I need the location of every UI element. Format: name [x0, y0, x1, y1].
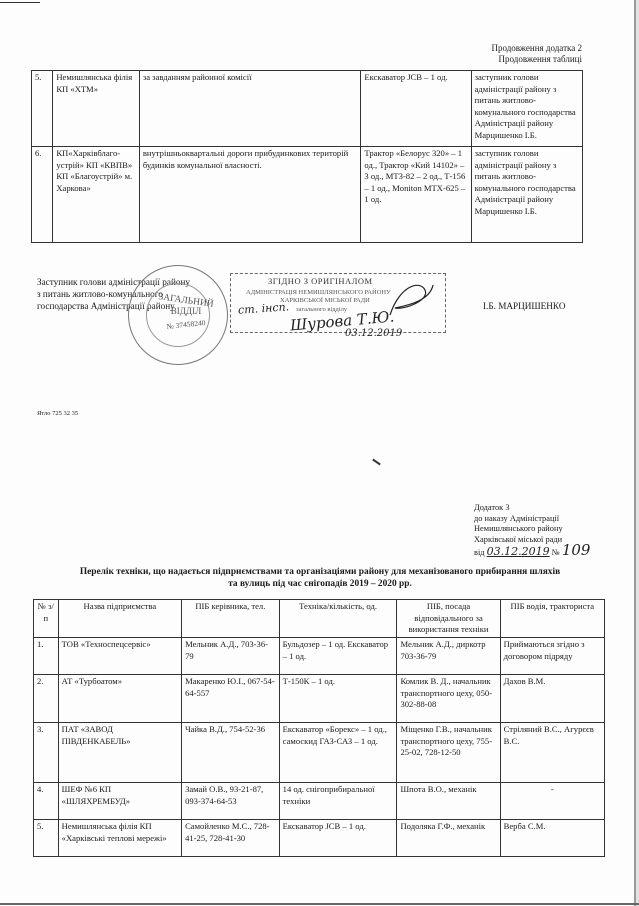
continuation-table: Продовження таблиці — [440, 54, 582, 65]
head-contact: Замай О.В., 93-21-87, 093-374-64-53 — [182, 783, 280, 820]
table-row: 5. Немишлянська філія КП «Харківські теп… — [34, 820, 605, 857]
col-header-head: ПІБ керівника, тел. — [182, 600, 280, 638]
driver: Дахов В.М. — [500, 675, 604, 723]
handwritten-date: 03.12.2019 — [345, 328, 402, 339]
driver: Стріляний В.С., Агурєєв В.С. — [500, 723, 604, 783]
responsible: Міщенко Г.В., начальник транспортного це… — [397, 723, 500, 783]
page-break-line — [0, 903, 639, 905]
table-header-row: № з/п Назва підприємства ПІБ керівника, … — [34, 600, 605, 638]
certified-copy-council: ХАРКІВСЬКОЇ МІСЬКОЇ РАДИ — [280, 297, 370, 304]
continuation-note: Продовження додатка 2 Продовження таблиц… — [440, 43, 582, 65]
continuation-table-body: 5. Немишлянська філія КП «ХТМ» за завдан… — [31, 70, 583, 243]
executor-note: Ятло 725 32 35 — [37, 410, 78, 417]
responsible: Подоляка Г.Ф., механік — [397, 820, 500, 857]
equipment: Т-150К – 1 од. — [279, 675, 397, 723]
continuation-annex: Продовження додатка 2 — [440, 43, 582, 54]
org-name: КП«Харківблаго-устрій» КП «КВПВ» КП «Бла… — [53, 147, 140, 243]
head-contact: Мельник А.Д., 703-36-79 — [182, 638, 280, 675]
annex-date-line: від 03.12.2019 № 109 — [474, 545, 624, 559]
col-header-driver: ПІБ водія, тракториста — [500, 600, 604, 638]
table-row: 4. ШЕФ №6 КП «ШЛЯХРЕМБУД» Замай О.В., 93… — [34, 783, 605, 820]
round-stamp-text: ЗАГАЛЬНИЙ ВІДДІЛ № 37458240 — [150, 296, 222, 329]
row-num: 6. — [32, 147, 53, 243]
equipment: Екскаватор «Борекс» – 1 од., самоскид ГА… — [279, 723, 397, 783]
scan-edge-line — [0, 2, 40, 3]
table-row: 1. ТОВ «Техноспецсервіс» Мельник А.Д., 7… — [34, 638, 605, 675]
annex-header: Додаток 3 до наказу Адміністрації Немишл… — [474, 503, 624, 559]
row-num: 1. — [34, 638, 59, 675]
org-name: Немишлянська філія КП «ХТМ» — [53, 71, 140, 147]
table-row: 3. ПАТ «ЗАВОД ПІВДЕНКАБЕЛЬ» Чайка В.Д., … — [34, 723, 605, 783]
driver: Верба С.М. — [500, 820, 604, 857]
head-contact: Самойленко М.С., 728-41-25, 728-41-30 — [182, 820, 280, 857]
table-row: 2. АТ «Турбоатом» Макаренко Ю.І., 067-54… — [34, 675, 605, 723]
row-num: 5. — [32, 71, 53, 147]
row-num: 4. — [34, 783, 59, 820]
head-contact: Макаренко Ю.І., 067-54-64-557 — [182, 675, 280, 723]
row-num: 5. — [34, 820, 59, 857]
equipment: Екскаватор JCB – 1 од. — [279, 820, 397, 857]
equipment: Трактор «Белорус 320» – 1 од., Трактор «… — [361, 147, 471, 243]
equipment: Бульдозер – 1 од. Екскаватор – 1 од. — [279, 638, 397, 675]
table-row: 6. КП«Харківблаго-устрій» КП «КВПВ» КП «… — [32, 147, 583, 243]
driver: Приймаються згідно з договором підряду — [500, 638, 604, 675]
signatory-name: І.Б. МАРЦИШЕНКО — [483, 300, 565, 312]
responsible: Шпота В.О., механік — [397, 783, 500, 820]
col-header-equipment: Техніка/кількість, од. — [279, 600, 397, 638]
responsible: заступник голови адміністрації району з … — [471, 71, 582, 147]
row-num: 2. — [34, 675, 59, 723]
org-name: ШЕФ №6 КП «ШЛЯХРЕМБУД» — [58, 783, 181, 820]
annex-date: 03.12.2019 — [487, 545, 550, 558]
table-row: 5. Немишлянська філія КП «ХТМ» за завдан… — [32, 71, 583, 147]
org-name: АТ «Турбоатом» — [58, 675, 181, 723]
responsible: Комлик В. Д., начальник транспортного це… — [397, 675, 500, 723]
org-name: ПАТ «ЗАВОД ПІВДЕНКАБЕЛЬ» — [58, 723, 181, 783]
equipment: Екскаватор JCB – 1 од. — [361, 71, 471, 147]
head-contact: Чайка В.Д., 754-52-36 — [182, 723, 280, 783]
area: внутрішньоквартальні дороги прибудинкови… — [139, 147, 361, 243]
responsible: Мельник А.Д., диркотр 703-36-79 — [397, 638, 500, 675]
annex-number: 109 — [562, 541, 591, 559]
certified-copy-org: АДМІНІСТРАЦІЯ НЕМИШЛЯНСЬКОГО РАЙОНУ — [246, 289, 391, 296]
col-header-num: № з/п — [34, 600, 59, 638]
driver: - — [500, 783, 604, 820]
document-title: Перелік техніки, що надається підприємст… — [20, 566, 620, 590]
equipment-table: № з/п Назва підприємства ПІБ керівника, … — [33, 599, 605, 857]
scan-mark — [372, 459, 381, 466]
row-num: 3. — [34, 723, 59, 783]
signature-scribble-icon — [385, 280, 435, 320]
col-header-org: Назва підприємства — [58, 600, 181, 638]
responsible: заступник голови адміністрації району з … — [471, 147, 582, 243]
equipment: 14 од. снігоприбиральної техніки — [279, 783, 397, 820]
org-name: ТОВ «Техноспецсервіс» — [58, 638, 181, 675]
col-header-responsible: ПІБ, посада відповідального за використа… — [397, 600, 500, 638]
certified-copy-title: ЗГІДНО З ОРИГІНАЛОМ — [268, 276, 373, 286]
area: за завданням районної комісії — [139, 71, 361, 147]
org-name: Немишлянська філія КП «Харківські теплов… — [58, 820, 181, 857]
